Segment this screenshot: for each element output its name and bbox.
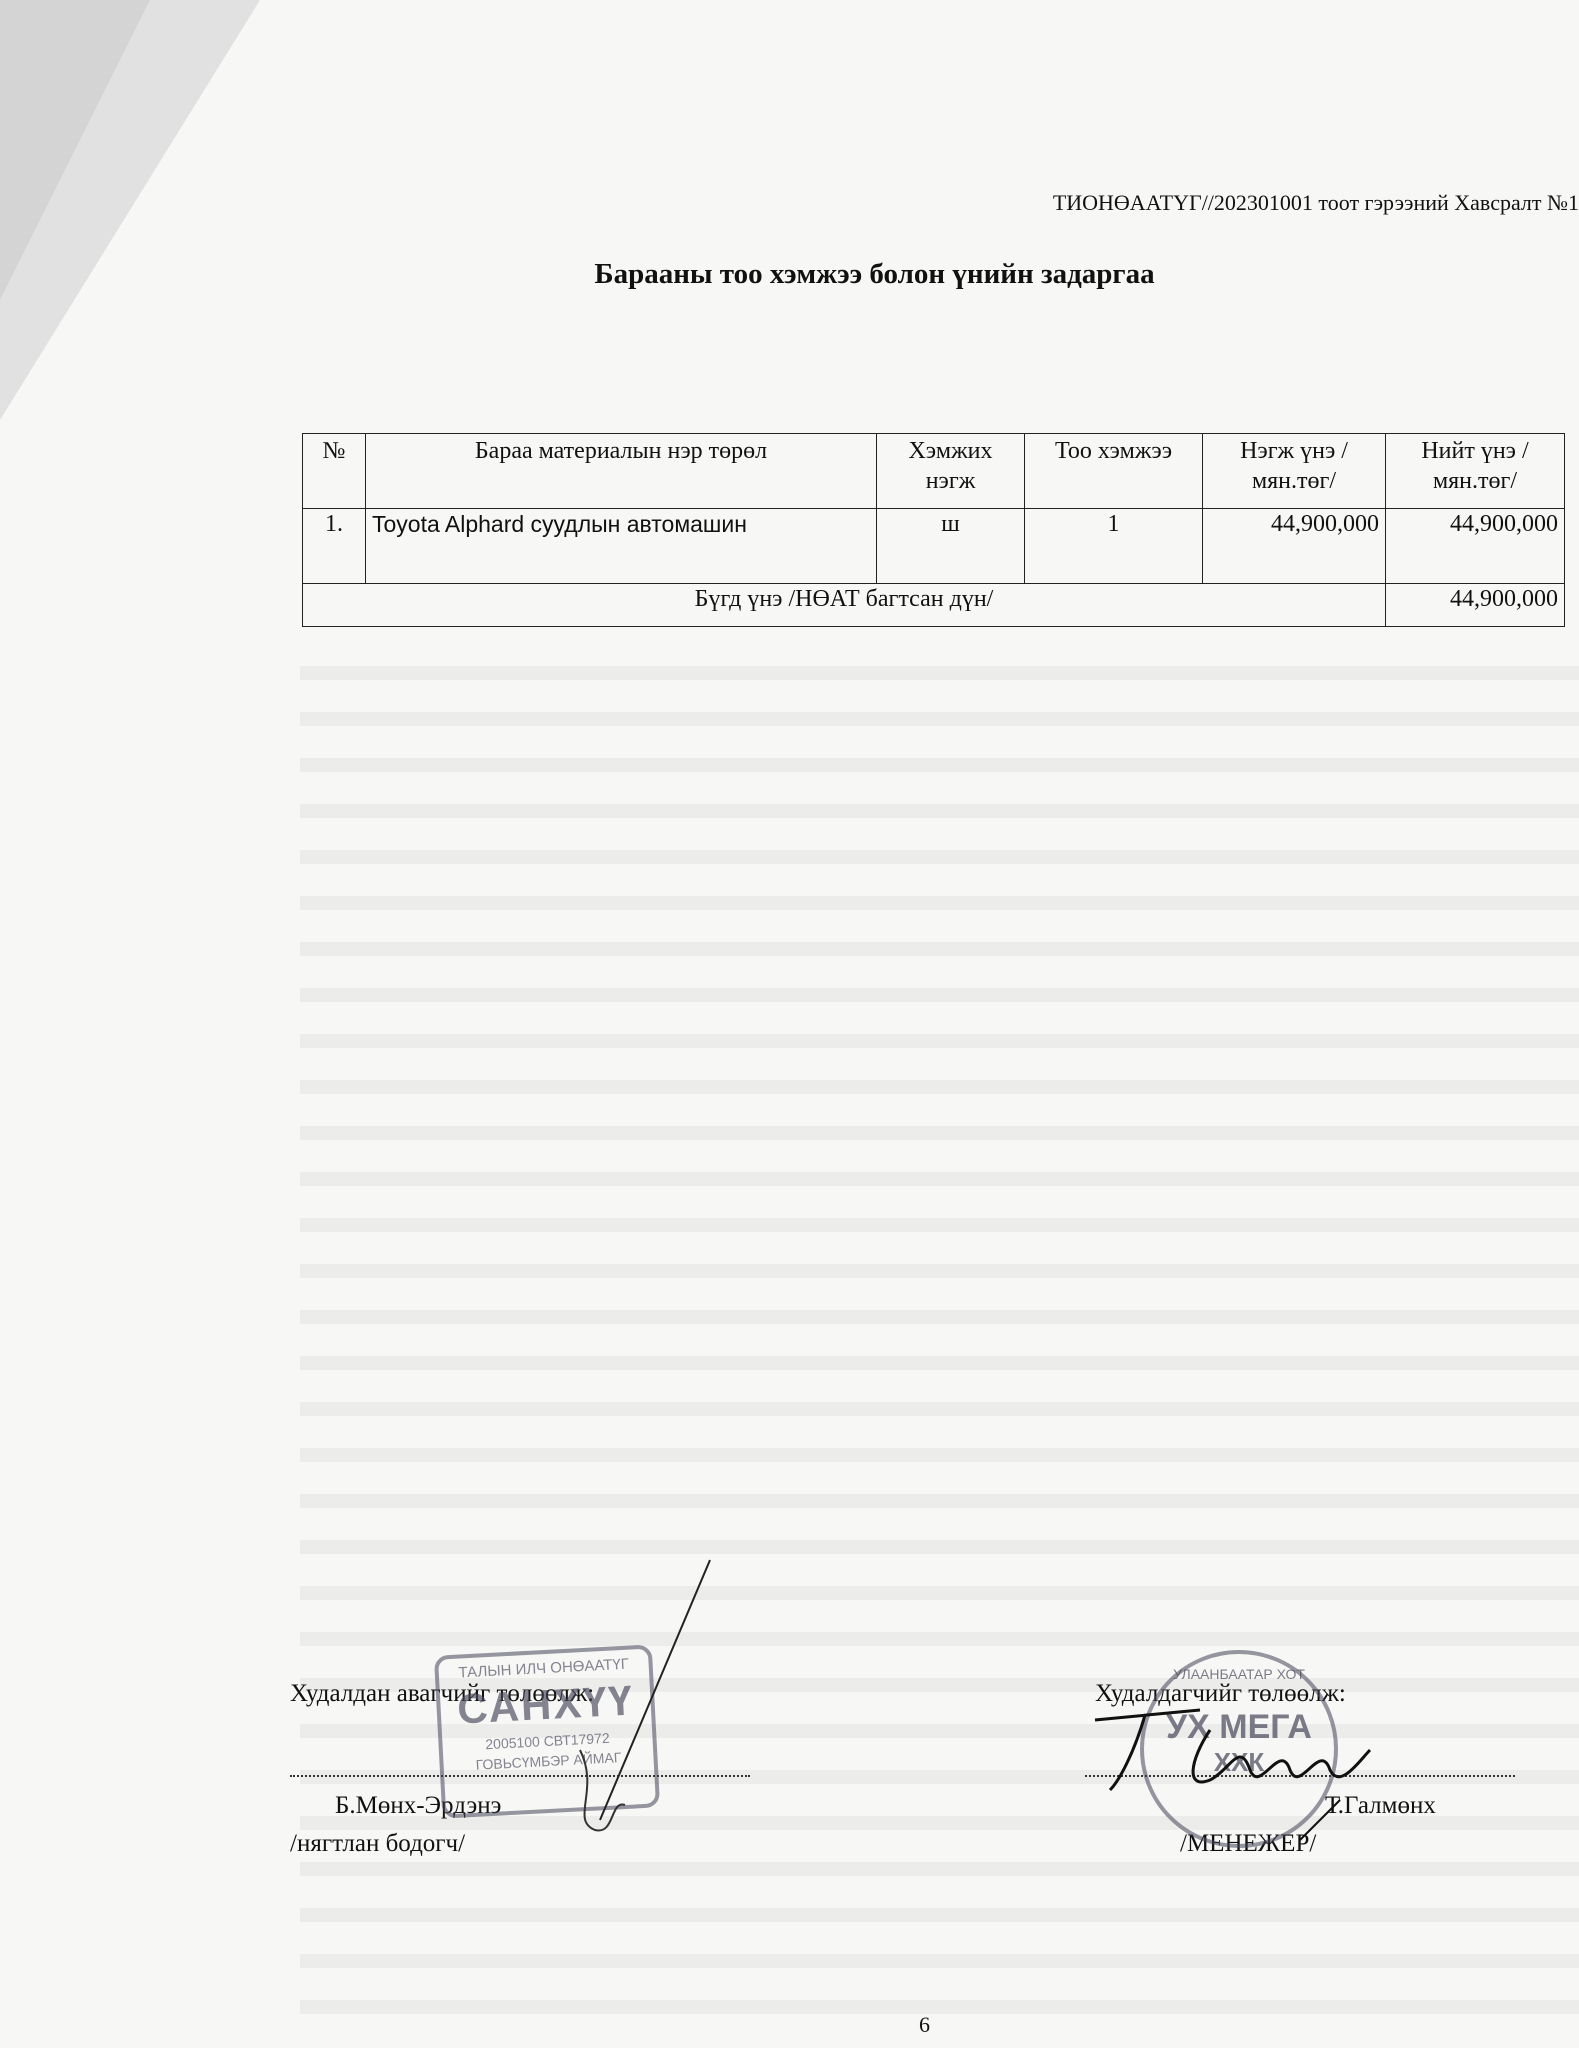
page-title: Барааны тоо хэмжээ болон үнийн задаргаа <box>0 258 1579 291</box>
seller-stamp-ring: УЛААНБААТАР ХОТ <box>1144 1666 1334 1682</box>
col-header-item-name: Бараа материалын нэр төрөл <box>366 434 877 509</box>
col-header-number: № <box>303 434 366 509</box>
page-number: 6 <box>0 2012 1579 2038</box>
total-value: 44,900,000 <box>1386 584 1565 627</box>
table-total-row: Бүгд үнэ /НӨАТ багтсан дүн/ 44,900,000 <box>303 584 1565 627</box>
contract-appendix-reference: ТИОНӨААТҮГ//202301001 тоот гэрээний Хавс… <box>1053 190 1579 216</box>
col-header-unit-price: Нэгж үнэ /мян.төг/ <box>1203 434 1386 509</box>
buyer-position: /нягтлан бодогч/ <box>290 1830 465 1858</box>
goods-price-table: № Бараа материалын нэр төрөл Хэмжих нэгж… <box>302 433 1565 627</box>
cell-unit-price: 44,900,000 <box>1203 509 1386 584</box>
cell-number: 1. <box>303 509 366 584</box>
cell-total-price: 44,900,000 <box>1386 509 1565 584</box>
col-header-unit: Хэмжих нэгж <box>877 434 1025 509</box>
cell-item-name: Toyota Alphard суудлын автомашин <box>366 509 877 584</box>
table-row: 1. Toyota Alphard суудлын автомашин ш 1 … <box>303 509 1565 584</box>
cell-quantity: 1 <box>1025 509 1203 584</box>
cell-unit: ш <box>877 509 1025 584</box>
buyer-handwritten-signature <box>540 1560 740 1860</box>
scan-corner-shadow-inner <box>0 0 150 300</box>
table-header-row: № Бараа материалын нэр төрөл Хэмжих нэгж… <box>303 434 1565 509</box>
total-label: Бүгд үнэ /НӨАТ багтсан дүн/ <box>303 584 1386 627</box>
col-header-total-price: Нийт үнэ /мян.төг/ <box>1386 434 1565 509</box>
seller-handwritten-signature <box>1090 1700 1390 1840</box>
col-header-quantity: Тоо хэмжээ <box>1025 434 1203 509</box>
